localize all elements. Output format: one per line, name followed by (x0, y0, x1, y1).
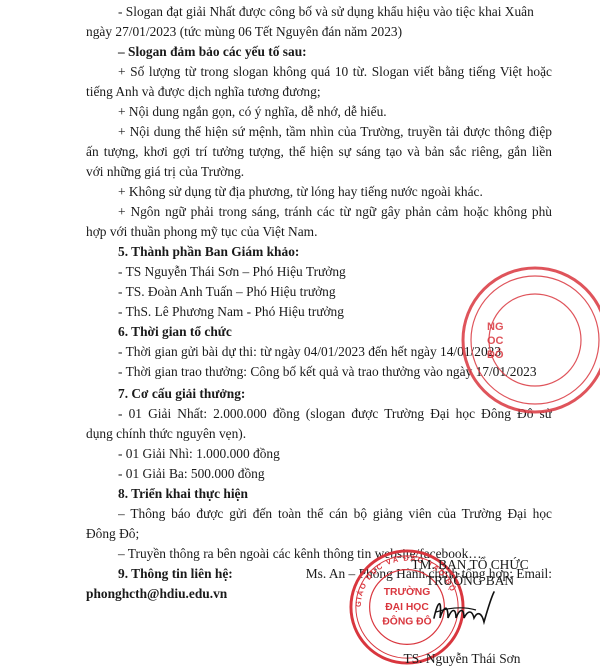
text-line: + Nội dung thể hiện sứ mệnh, tầm nhìn củ… (118, 123, 552, 141)
text-line: hợp với thuần phong mỹ tục của Việt Nam. (86, 223, 552, 241)
text-line: - Slogan đạt giải Nhất được công bố và s… (118, 3, 552, 21)
svg-text:ĐÔ: ĐÔ (487, 348, 504, 361)
text-line: với những giá trị của Trường. (86, 163, 552, 181)
signer-name: TS. Nguyễn Thái Sơn (372, 651, 552, 667)
text-line: ấn tượng, khơi gợi trí tưởng tượng, thể … (86, 143, 552, 161)
stamp-line-2: ĐẠI HỌC (385, 602, 429, 613)
section-heading-judges: 5. Thành phần Ban Giám khảo: (118, 243, 552, 261)
text-line: Đông Đô; (86, 525, 552, 543)
stamp-seal-partial: NG OC ĐÔ (455, 260, 600, 420)
text-line: tiếng Anh và được dịch nghĩa tương đương… (86, 83, 552, 101)
text-line: + Không sử dụng từ địa phương, từ lóng h… (118, 183, 552, 201)
text-line: ngày 27/01/2023 (tức mùng 06 Tết Nguyên … (86, 23, 552, 41)
text-line: + Ngôn ngữ phải trong sáng, tránh các từ… (118, 203, 552, 221)
signature-role: TRƯỞNG BAN (380, 573, 560, 589)
signature-org: TM. BAN TỔ CHỨC (380, 557, 560, 573)
svg-text:NG: NG (487, 321, 504, 333)
prize-item: - 01 Giải Ba: 500.000 đồng (118, 465, 552, 483)
handwritten-signature-icon (428, 588, 508, 632)
section-heading-implementation: 8. Triển khai thực hiện (118, 485, 552, 503)
svg-text:OC: OC (487, 335, 504, 347)
contact-label: 9. Thông tin liên hệ: (118, 565, 233, 583)
text-line: dụng chính thức nguyên vẹn). (86, 425, 552, 443)
prize-item: - 01 Giải Nhì: 1.000.000 đồng (118, 445, 552, 463)
text-line: + Nội dung ngắn gọn, có ý nghĩa, dễ nhớ,… (118, 103, 552, 121)
text-line: – Thông báo được gửi đến toàn thể cán bộ… (118, 505, 552, 523)
section-heading: – Slogan đảm bảo các yếu tố sau: (118, 43, 552, 61)
stamp-line-3: ĐÔNG ĐÔ (382, 615, 431, 628)
text-line: + Số lượng từ trong slogan không quá 10 … (118, 63, 552, 81)
